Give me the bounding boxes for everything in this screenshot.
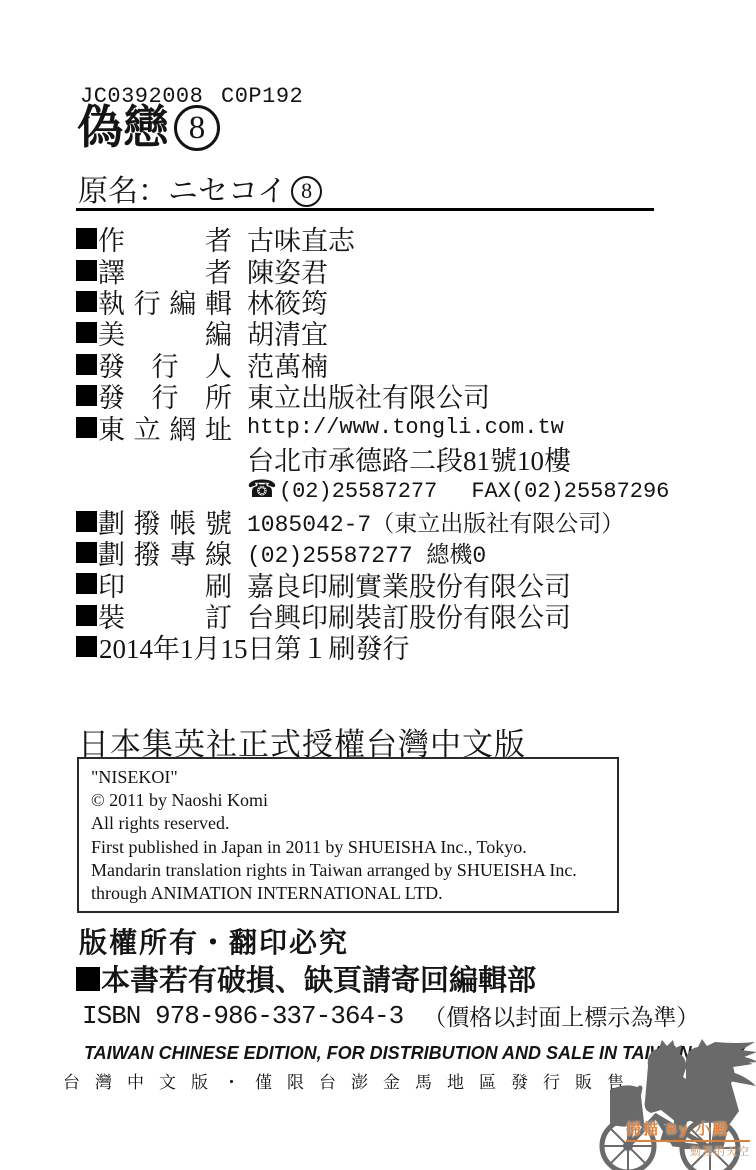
bullet-square-icon [76,385,97,406]
telephone-icon: ☎ [247,475,277,503]
volume-number: 8 [189,110,206,146]
license-box: "NISEKOI" © 2011 by Naoshi Komi All righ… [77,757,619,913]
bullet-square-icon [76,511,97,532]
bullet-square-icon [76,542,97,563]
bullet-square-icon [76,417,97,438]
credit-row-print-date: 2014年1月15日第１刷發行 [76,631,669,662]
bullet-square-icon [76,967,100,991]
credit-value: 1085042-7（東立出版社有限公司） [247,505,624,538]
watermark-line2: 動漫的天空 [626,1143,750,1159]
license-line: Mandarin translation rights in Taiwan ar… [91,859,605,882]
book-title: 偽戀8 [77,103,220,155]
license-line: through ANIMATION INTERNATIONAL LTD. [91,882,605,905]
bullet-square-icon [76,228,97,249]
volume-circle-icon: 8 [174,105,220,151]
book-title-text: 偽戀 [77,102,169,153]
original-volume-circle-icon: 8 [291,176,322,207]
print-date: 2014年1月15日第１刷發行 [99,627,410,666]
original-title: 原名：ニセコイ8 [78,166,322,210]
original-volume-number: 8 [301,178,312,204]
bullet-square-icon [76,291,97,312]
license-line: © 2011 by Naoshi Komi [91,789,605,812]
chinese-distribution-notice: 台灣中文版・僅限台澎金馬地區發行販售 [63,1068,639,1093]
watermark-line1: 掃描 By 小殿 [626,1118,750,1142]
copyright-notice: 版權所有・翻印必究 [79,921,349,961]
bullet-square-icon [76,354,97,375]
return-notice-line: 本書若有破損、缺頁請寄回編輯部 [76,958,536,999]
license-line: First published in Japan in 2011 by SHUE… [91,836,605,859]
credit-row-address: 台北市承德路二段81號10樓 [76,443,669,474]
return-notice: 本書若有破損、缺頁請寄回編輯部 [101,958,536,999]
license-line: All rights reserved. [91,812,605,835]
publisher-address: 台北市承德路二段81號10樓 [247,439,571,478]
license-line: "NISEKOI" [91,766,605,789]
colophon-page: JC0392008 C0P192 偽戀8 原名：ニセコイ8 作者 古味直志 譯者… [0,0,756,1170]
publisher-url: http://www.tongli.com.tw [247,415,564,440]
original-title-text: 原名：ニセコイ [78,175,287,208]
credit-value: 東立出版社有限公司 [247,376,490,415]
fax-number: FAX(02)25587296 [471,479,669,504]
phone-number: (02)25587277 [279,479,437,504]
bullet-square-icon [76,636,97,657]
credits-list: 作者 古味直志 譯者 陳姿君 執行編輯 林筱筠 美編 胡清宜 發行人 范萬楠 發… [76,223,669,662]
bullet-square-icon [76,322,97,343]
scanlation-watermark: 掃描 By 小殿 動漫的天空 [626,1118,750,1159]
bullet-square-icon [76,573,97,594]
divider-rule [76,208,654,211]
bullet-square-icon [76,605,97,626]
bullet-square-icon [76,260,97,281]
credit-label: 東立網址 [98,408,232,447]
isbn-number: ISBN 978-986-337-364-3 [82,1001,403,1031]
phone-fax-line: ☎(02)25587277FAX(02)25587296 [247,475,669,504]
